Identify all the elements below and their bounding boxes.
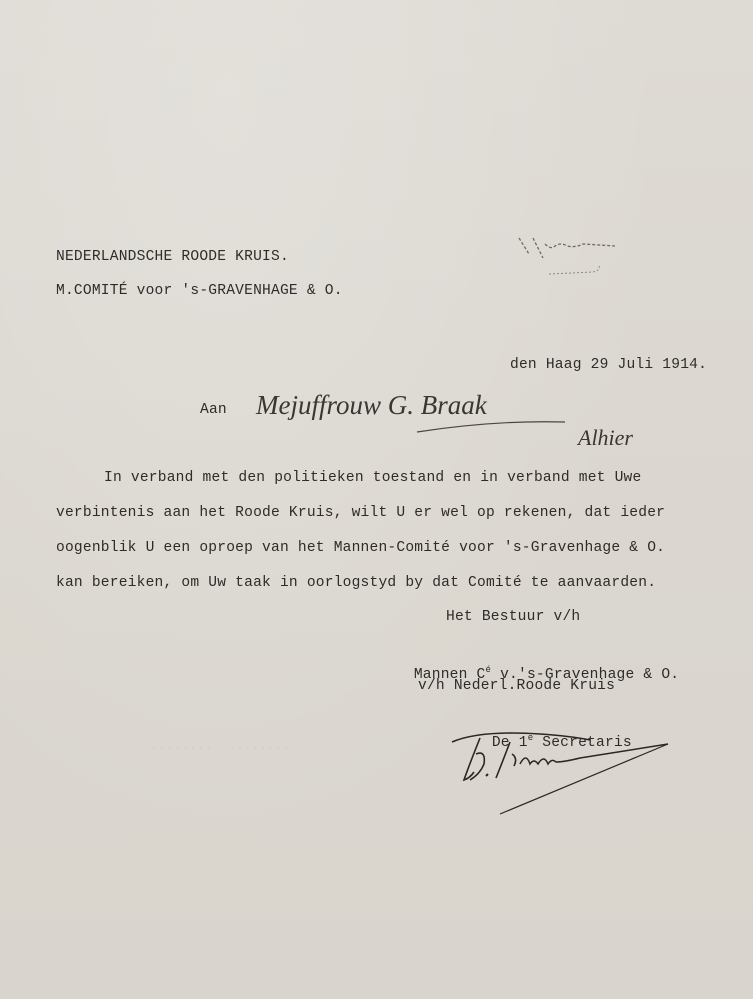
pencil-mark	[515, 232, 625, 282]
letter-paper: NEDERLANDSCHE ROODE KRUIS. M.COMITÉ voor…	[0, 0, 753, 999]
body-line-2: verbintenis aan het Roode Kruis, wilt U …	[56, 504, 665, 522]
show-through-text: .. ...... .......	[200, 710, 348, 725]
body-line-1: In verband met den politieken toestand e…	[104, 469, 641, 487]
recipient-name-handwritten: Mejuffrouw G. Braak	[256, 390, 487, 421]
recipient-underline	[415, 420, 575, 440]
recipient-prefix: Aan	[200, 401, 227, 419]
letterhead-committee: M.COMITÉ voor 's-GRAVENHAGE & O.	[56, 282, 343, 300]
recipient-location-handwritten: Alhier	[578, 425, 633, 451]
body-line-3: oogenblik U een oproep van het Mannen-Co…	[56, 539, 665, 557]
closing-line-1: Het Bestuur v/h	[446, 608, 580, 626]
signature	[440, 728, 680, 818]
date-line: den Haag 29 Juli 1914.	[510, 356, 707, 374]
closing-line-3: v/h Nederl.Roode Kruis	[418, 677, 615, 695]
body-line-4: kan bereiken, om Uw taak in oorlogstyd b…	[56, 574, 656, 592]
show-through-text-2: ........ ........	[150, 738, 290, 753]
letterhead-organization: NEDERLANDSCHE ROODE KRUIS.	[56, 248, 289, 266]
